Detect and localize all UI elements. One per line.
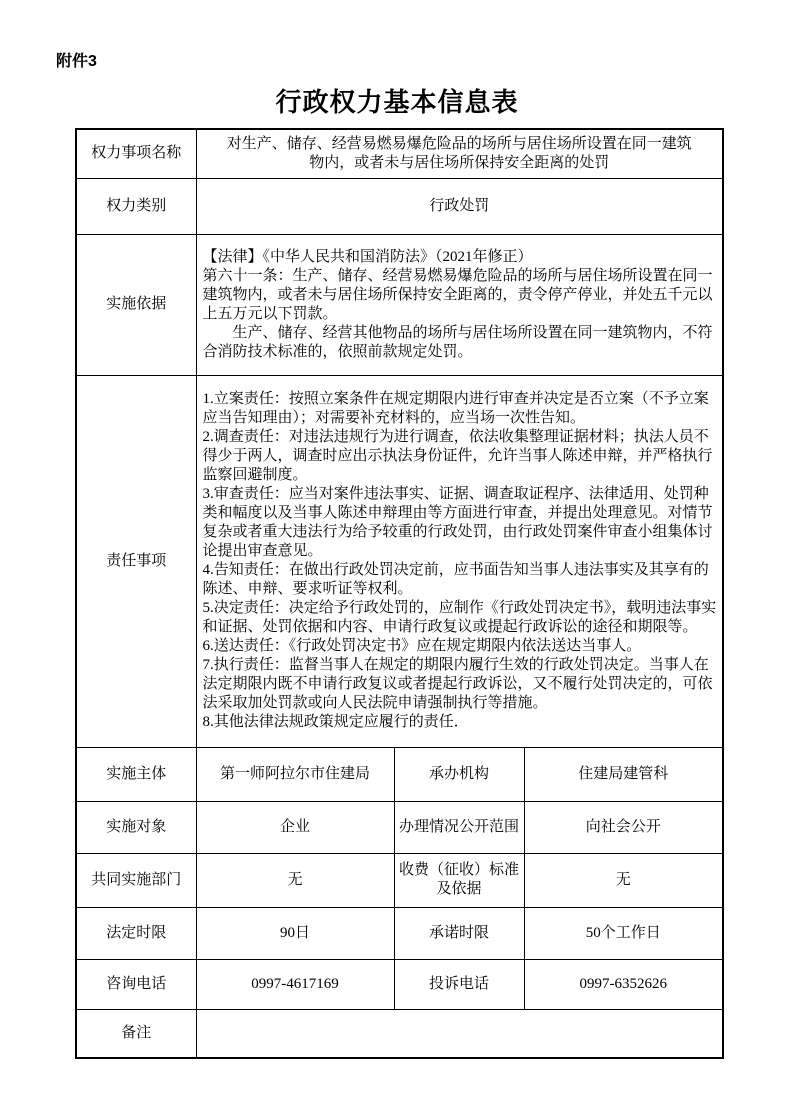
undertaking-org-label: 承办机构 xyxy=(394,747,524,801)
promised-time-limit-value: 50个工作日 xyxy=(524,907,723,959)
row-implementer: 实施主体 第一师阿拉尔市住建局 承办机构 住建局建管科 xyxy=(76,747,723,801)
target-label: 实施对象 xyxy=(76,801,196,853)
duty-item: 6.送达责任：《行政处罚决定书》应在规定期限内依法送达当事人。 xyxy=(203,637,718,656)
duty-item: 8.其他法律法规政策规定应履行的责任． xyxy=(203,713,718,732)
row-legal-time-limit: 法定时限 90日 承诺时限 50个工作日 xyxy=(76,907,723,959)
duty-label: 责任事项 xyxy=(76,375,196,747)
implementer-value: 第一师阿拉尔市住建局 xyxy=(196,747,394,801)
basis-value: 【法律】《中华人民共和国消防法》（2021年修正） 第六十一条：生产、储存、经营… xyxy=(196,234,723,375)
duty-item: 1.立案责任：按照立案条件在规定期限内进行审查并决定是否立案（不予立案应当告知理… xyxy=(203,390,718,428)
disclosure-scope-label: 办理情况公开范围 xyxy=(394,801,524,853)
disclosure-scope-value: 向社会公开 xyxy=(524,801,723,853)
complaint-phone-label: 投诉电话 xyxy=(394,959,524,1009)
remark-value xyxy=(196,1009,723,1058)
page-title: 行政权力基本信息表 xyxy=(0,82,794,119)
fee-standard-label: 收费（征收）标准及依据 xyxy=(394,853,524,907)
fee-standard-value: 无 xyxy=(524,853,723,907)
row-item-name: 权力事项名称 对生产、储存、经营易燃易爆危险品的场所与居住场所设置在同一建筑物内… xyxy=(76,129,723,178)
basis-label: 实施依据 xyxy=(76,234,196,375)
duty-item: 5.决定责任：决定给予行政处罚的，应制作《行政处罚决定书》，载明违法事实和证据、… xyxy=(203,599,718,637)
joint-dept-label: 共同实施部门 xyxy=(76,853,196,907)
promised-time-limit-label: 承诺时限 xyxy=(394,907,524,959)
row-phone: 咨询电话 0997-4617169 投诉电话 0997-6352626 xyxy=(76,959,723,1009)
row-duty: 责任事项 1.立案责任：按照立案条件在规定期限内进行审查并决定是否立案（不予立案… xyxy=(76,375,723,747)
document-page: { "page": { "attachment_label": "附件3", "… xyxy=(0,0,794,1108)
power-type-value: 行政处罚 xyxy=(196,178,723,234)
row-joint-dept: 共同实施部门 无 收费（征收）标准及依据 无 xyxy=(76,853,723,907)
joint-dept-value: 无 xyxy=(196,853,394,907)
undertaking-org-value: 住建局建管科 xyxy=(524,747,723,801)
remark-label: 备注 xyxy=(76,1009,196,1058)
attachment-label: 附件3 xyxy=(56,48,97,71)
row-remark: 备注 xyxy=(76,1009,723,1058)
implementer-label: 实施主体 xyxy=(76,747,196,801)
basis-paragraph: 生产、储存、经营其他物品的场所与居住场所设置在同一建筑物内，不符合消防技术标准的… xyxy=(203,324,718,362)
duty-item: 7.执行责任：监督当事人在规定的期限内履行生效的行政处罚决定。当事人在法定期限内… xyxy=(203,656,718,713)
complaint-phone-value: 0997-6352626 xyxy=(524,959,723,1009)
duty-item: 3.审查责任：应当对案件违法事实、证据、调查取证程序、法律适用、处罚种类和幅度以… xyxy=(203,485,718,561)
row-basis: 实施依据 【法律】《中华人民共和国消防法》（2021年修正） 第六十一条：生产、… xyxy=(76,234,723,375)
basis-paragraph: 【法律】《中华人民共和国消防法》（2021年修正） xyxy=(203,248,718,267)
basis-paragraph: 第六十一条：生产、储存、经营易燃易爆危险品的场所与居住场所设置在同一建筑物内，或… xyxy=(203,267,718,324)
info-table: 权力事项名称 对生产、储存、经营易燃易爆危险品的场所与居住场所设置在同一建筑物内… xyxy=(75,128,724,1059)
inquiry-phone-label: 咨询电话 xyxy=(76,959,196,1009)
duty-value: 1.立案责任：按照立案条件在规定期限内进行审查并决定是否立案（不予立案应当告知理… xyxy=(196,375,723,747)
item-name-value: 对生产、储存、经营易燃易爆危险品的场所与居住场所设置在同一建筑物内，或者未与居住… xyxy=(196,129,723,178)
item-name-label: 权力事项名称 xyxy=(76,129,196,178)
duty-item: 2.调查责任：对违法违规行为进行调查，依法收集整理证据材料；执法人员不得少于两人… xyxy=(203,428,718,485)
row-power-type: 权力类别 行政处罚 xyxy=(76,178,723,234)
legal-time-limit-label: 法定时限 xyxy=(76,907,196,959)
duty-item: 4.告知责任：在做出行政处罚决定前，应书面告知当事人违法事实及其享有的陈述、申辩… xyxy=(203,561,718,599)
target-value: 企业 xyxy=(196,801,394,853)
inquiry-phone-value: 0997-4617169 xyxy=(196,959,394,1009)
row-target: 实施对象 企业 办理情况公开范围 向社会公开 xyxy=(76,801,723,853)
power-type-label: 权力类别 xyxy=(76,178,196,234)
legal-time-limit-value: 90日 xyxy=(196,907,394,959)
